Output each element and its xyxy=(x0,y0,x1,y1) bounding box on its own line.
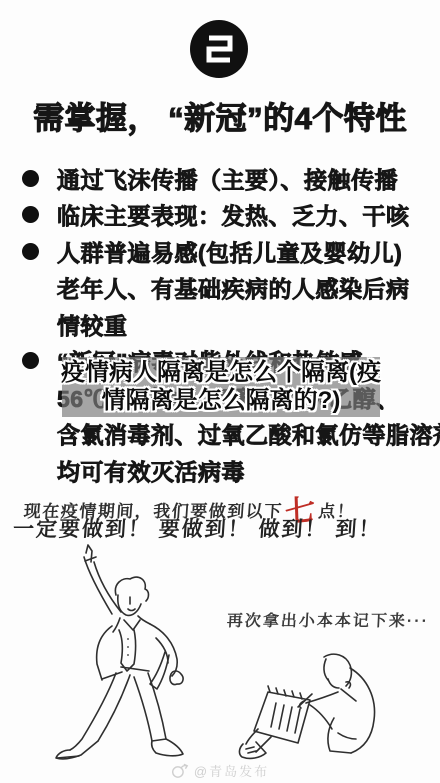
seo-overlay-headline: 疫情病人隔离是怎么个隔离(疫 情隔离是怎么隔离的?) xyxy=(62,357,380,417)
overlay-headline-line1: 疫情病人隔离是怎么个隔离(疫 xyxy=(61,359,381,387)
list-item-text: 含氯消毒剂、过氧乙酸和氯仿等脂溶剂 xyxy=(57,417,440,450)
feature-list: 通过飞沫传播（主要）、接触传播 临床主要表现：发热、乏力、干咳 人群普遍易感(包… xyxy=(0,160,440,489)
list-item: 临床主要表现：发热、乏力、干咳 xyxy=(0,197,440,234)
notebook-caption: 再次拿出小本本记下来··· xyxy=(226,608,429,631)
watermark: @青岛发布 xyxy=(171,761,269,780)
section-number-badge xyxy=(190,20,248,78)
pointing-man-illustration xyxy=(38,542,220,774)
page-title: 需掌握， “新冠”的4个特性 xyxy=(0,93,440,138)
bullet-dot-icon xyxy=(22,352,39,369)
note-taker-illustration xyxy=(238,648,380,764)
digit-2-icon xyxy=(190,20,248,78)
bullet-dot-icon xyxy=(22,243,39,260)
pointing-man-drawing xyxy=(38,542,220,774)
list-item: 人群普遍易感(包括儿童及婴幼儿) xyxy=(0,233,440,270)
list-item-continuation: 情较重 xyxy=(0,306,440,343)
list-item-text: 临床主要表现：发热、乏力、干咳 xyxy=(57,198,410,231)
overlay-headline-line2: 情隔离是怎么隔离的?) xyxy=(102,387,341,415)
list-item-text: 老年人、有基础疾病的人感染后病 xyxy=(57,271,410,304)
list-item-continuation: 均可有效灭活病毒 xyxy=(0,452,440,489)
weibo-camera-icon xyxy=(171,763,189,779)
list-item-text: 通过飞沫传播（主要）、接触传播 xyxy=(57,162,398,195)
covid-infographic-poster: 需掌握， “新冠”的4个特性 通过飞沫传播（主要）、接触传播 临床主要表现：发热… xyxy=(0,0,440,783)
bullet-dot-icon xyxy=(22,206,39,223)
note-taker-drawing xyxy=(238,648,380,764)
list-item-continuation: 老年人、有基础疾病的人感染后病 xyxy=(0,270,440,307)
list-item-continuation: 含氯消毒剂、过氧乙酸和氯仿等脂溶剂 xyxy=(0,416,440,453)
list-item: 通过飞沫传播（主要）、接触传播 xyxy=(0,160,440,197)
list-item-text: 情较重 xyxy=(57,308,128,341)
list-item-text: 均可有效灭活病毒 xyxy=(57,454,245,487)
list-item-text: 人群普遍易感(包括儿童及婴幼儿) xyxy=(57,235,402,268)
bullet-dot-icon xyxy=(22,170,39,187)
watermark-handle: @青岛发布 xyxy=(194,761,269,780)
handwritten-slogan-line2: 一定要做到！ 要做到！ 做到！ 到！ xyxy=(12,513,383,543)
